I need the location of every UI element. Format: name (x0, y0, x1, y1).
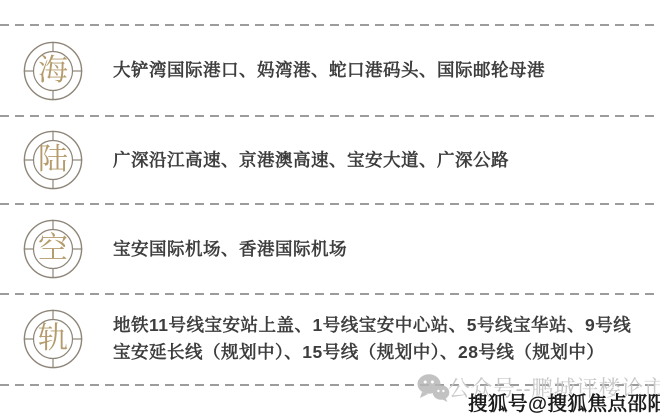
sohu-account-watermark: 搜狐号@搜狐焦点邵阳站 (468, 388, 660, 414)
row-air: 空 宝安国际机场、香港国际机场 (0, 205, 660, 293)
air-badge-icon: 空 (23, 219, 83, 279)
sea-badge-label: 海 (23, 41, 83, 101)
air-description: 宝安国际机场、香港国际机场 (113, 236, 347, 263)
row-sea: 海 大铲湾国际港口、妈湾港、蛇口港码头、国际邮轮母港 (0, 26, 660, 115)
rail-badge-icon: 轨 (23, 309, 83, 369)
wechat-icon (416, 373, 450, 403)
rail-badge-label: 轨 (23, 309, 83, 369)
air-badge-label: 空 (23, 219, 83, 279)
text-line: 宝安国际机场、香港国际机场 (113, 236, 347, 263)
land-badge-icon: 陆 (23, 130, 83, 190)
transport-infographic: 海 大铲湾国际港口、妈湾港、蛇口港码头、国际邮轮母港 陆 广深沿江高速、京港澳高… (0, 0, 660, 414)
text-line: 大铲湾国际港口、妈湾港、蛇口港码头、国际邮轮母港 (113, 57, 545, 84)
row-rail: 轨 地铁11号线宝安站上盖、1号线宝安中心站、5号线宝华站、9号线 宝安延长线（… (0, 295, 660, 382)
land-badge-label: 陆 (23, 130, 83, 190)
rail-description: 地铁11号线宝安站上盖、1号线宝安中心站、5号线宝华站、9号线 宝安延长线（规划… (113, 312, 631, 366)
text-line: 宝安延长线（规划中）、15号线（规划中）、28号线（规划中） (113, 339, 631, 366)
sea-description: 大铲湾国际港口、妈湾港、蛇口港码头、国际邮轮母港 (113, 57, 545, 84)
sea-badge-icon: 海 (23, 41, 83, 101)
text-line: 地铁11号线宝安站上盖、1号线宝安中心站、5号线宝华站、9号线 (113, 312, 631, 339)
text-line: 广深沿江高速、京港澳高速、宝安大道、广深公路 (113, 147, 509, 174)
row-land: 陆 广深沿江高速、京港澳高速、宝安大道、广深公路 (0, 117, 660, 203)
land-description: 广深沿江高速、京港澳高速、宝安大道、广深公路 (113, 147, 509, 174)
